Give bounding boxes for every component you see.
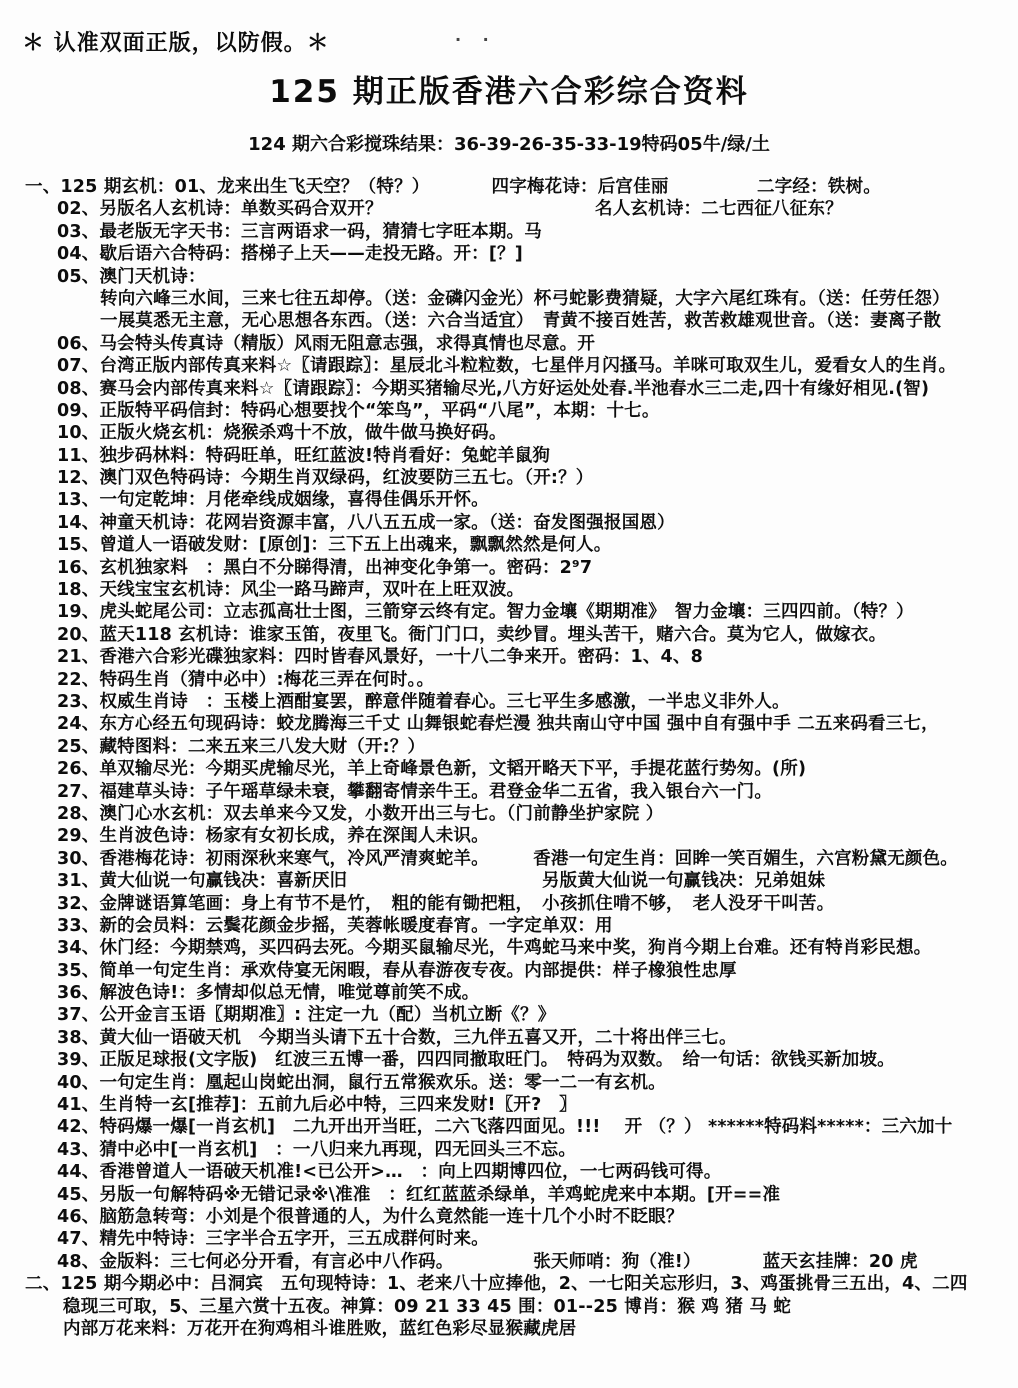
line-item-36: 36、解波色诗!：多情却似总无情，唯觉尊前笑不成。: [0, 982, 1018, 1004]
line-item-20: 20、蓝天118 玄机诗：谁家玉笛，夜里飞。衙门门口，卖纱冒。埋头苦干，赌六合。…: [0, 624, 1018, 646]
line-section2-cont-2: 内部万花来料：万花开在狗鸡相斗谁胜败，蓝红色彩尽显猴藏虎居: [0, 1318, 1018, 1340]
line-item-05: 05、澳门天机诗：: [0, 266, 1018, 288]
line-item-13: 13、一句定乾坤：月佬牵线成姻缘，喜得佳偶乐开怀。: [0, 489, 1018, 511]
line-item-10: 10、正版火烧玄机：烧猴杀鸡十不放，做牛做马换好码。: [0, 422, 1018, 444]
line-item-48: 48、金版料：三七何必分开看，有言必中八作码。 张天师哨：狗（准!） 蓝天玄挂牌…: [0, 1251, 1018, 1273]
line-item-29: 29、生肖波色诗：杨家有女初长成，养在深闺人未识。: [0, 825, 1018, 847]
line-item-26: 26、单双输尽光：今期买虎输尽光，羊上奇峰景色新，文韬开略天下平，手提花蓝行势匆…: [0, 758, 1018, 780]
line-item-35: 35、简单一句定生肖：承欢侍宴无闲暇，春从春游夜专夜。内部提供：样子橡狼性忠厚: [0, 960, 1018, 982]
line-item-06: 06、马会特头传真诗（精版）风雨无阻意志强，求得真情也尽意。开: [0, 333, 1018, 355]
line-item-31: 31、黄大仙说一句赢钱决：喜新厌旧 另版黄大仙说一句赢钱决：兄弟姐妹: [0, 870, 1018, 892]
line-item-27: 27、福建草头诗：子午瑶草绿未衰，攀翻寄情亲牛王。君登金华二五省，我入银台六一门…: [0, 781, 1018, 803]
previous-draw-result: 124 期六合彩搅珠结果：36-39-26-35-33-19特码05牛/绿/土: [0, 130, 1018, 156]
line-item-05-cont-1: 转向六峰三水间，三来七往五却停。（送：金磷闪金光）杯弓蛇影费猜疑，大字六尾红珠有…: [0, 288, 1018, 310]
lottery-info-sheet: ＊ 认准双面正版，以防假。＊ · · 125 期正版香港六合彩综合资料 124 …: [0, 0, 1018, 1388]
line-item-07: 07、台湾正版内部传真来料☆〖请跟踪〗：星辰北斗粒粒数，七星伴月闪搔马。羊咪可取…: [0, 355, 1018, 377]
line-item-32: 32、金牌谜语算笔画：身上有节不是竹， 粗的能有锄把粗， 小孩抓住啃不够， 老人…: [0, 893, 1018, 915]
line-item-46: 46、脑筋急转弯：小刘是个很普通的人，为什么竟然能一连十几个小时不眨眼？: [0, 1206, 1018, 1228]
line-item-12: 12、澳门双色特码诗：今期生肖双绿码，红波要防三五七。（开:？）: [0, 467, 1018, 489]
line-item-34: 34、休门经：今期禁鸡，买四码去死。今期买鼠输尽光，牛鸡蛇马来中奖，狗肖今期上台…: [0, 937, 1018, 959]
line-section1-item-01: 一、125 期玄机：01、龙来出生飞天空？（特？） 四字梅花诗：后宫佳丽 二字经…: [0, 176, 1018, 198]
line-item-16: 16、玄机独家料 ：黑白不分睇得清，出神变化争第一。密码：2⁹7: [0, 557, 1018, 579]
line-item-43: 43、猜中必中[一肖玄机] ：一八归来九再现，四无回头三不忘。: [0, 1139, 1018, 1161]
line-item-23: 23、权威生肖诗 ：玉楼上酒酣宴罢，醉意伴随着春心。三七平生多感激，一半忠义非外…: [0, 691, 1018, 713]
line-item-14: 14、神童天机诗：花网岩资源丰富，八八五五成一家。（送：奋发图强报国恩）: [0, 512, 1018, 534]
line-item-25: 25、藏特图料：二来五来三八发大财（开:？）: [0, 736, 1018, 758]
line-item-44: 44、香港曾道人一语破天机准!<已公开>… ：向上四期博四位，一七两码钱可得。: [0, 1161, 1018, 1183]
line-item-45: 45、另版一句解特码※无错记录※\准准 ：红红蓝蓝杀绿单，羊鸡蛇虎来中本期。[开…: [0, 1184, 1018, 1206]
line-item-05-cont-2: 一展莫悉无主意，无心思想各东西。（送：六合当适宜） 青黄不接百姓苦，救苦救雄观世…: [0, 310, 1018, 332]
line-item-03: 03、最老版无字天书：三言两语求一码，猜猜七字旺本期。马: [0, 221, 1018, 243]
line-item-37: 37、公开金言玉语〖期期准〗: 注定一九（配）当机立断《？》: [0, 1004, 1018, 1026]
line-section2-cont-1: 稳现三可取，5、三星六赏十五夜。神算：09 21 33 45 围：01--25 …: [0, 1296, 1018, 1318]
line-item-15: 15、曾道人一语破发财：[原创]：三下五上出魂来，飘飘然然是何人。: [0, 534, 1018, 556]
line-item-19: 19、虎头蛇尾公司：立志孤高壮士图，三箭穿云终有定。智力金壤《期期准》 智力金壤…: [0, 601, 1018, 623]
content-lines: 一、125 期玄机：01、龙来出生飞天空？（特？） 四字梅花诗：后宫佳丽 二字经…: [0, 176, 1018, 1340]
line-item-30: 30、香港梅花诗：初雨深秋来寒气，冷风严清爽蛇羊。 香港一句定生肖：回眸一笑百媚…: [0, 848, 1018, 870]
line-item-21: 21、香港六合彩光碟独家料：四时皆春风景好，一十八二争来开。密码：1、4、8: [0, 646, 1018, 668]
line-section2: 二、125 期今期必中：吕洞宾 五句现特诗：1、老来八十应捧他，2、一七阳关忘形…: [0, 1273, 1018, 1295]
anti-fake-notice: ＊ 认准双面正版，以防假。＊: [22, 26, 330, 57]
line-item-22: 22、特码生肖（猜中必中）:梅花三弄在何时。。: [0, 669, 1018, 691]
line-item-42: 42、特码爆一爆[一肖玄机] 二九开出开当旺，二六飞落四面见。!!! 开 （？）…: [0, 1116, 1018, 1138]
line-item-11: 11、独步码林料：特码旺单，旺红蓝波!特肖看好：兔蛇羊鼠狗: [0, 445, 1018, 467]
line-item-08: 08、赛马会内部传真来料☆〖请跟踪〗：今期买猪输尽光,八方好运处处春.半池春水三…: [0, 378, 1018, 400]
scan-dots: · ·: [455, 30, 497, 49]
line-item-38: 38、黄大仙一语破天机 今期当头请下五十合数，三九伴五喜又开，二十将出伴三七。: [0, 1027, 1018, 1049]
line-item-02: 02、另版名人玄机诗：单数买码合双开？ 名人玄机诗：二七西征八征东？: [0, 198, 1018, 220]
line-item-39: 39、正版足球报(文字版) 红波三五博一番，四四同撤取旺门。 特码为双数。 给一…: [0, 1049, 1018, 1071]
line-item-24: 24、东方心经五句现码诗：蛟龙腾海三千丈 山舞银蛇春烂漫 独共南山守中国 强中自…: [0, 713, 1018, 735]
line-item-28: 28、澳门心水玄机：双去单来今又发，小数开出三与七。（门前静坐护家院 ）: [0, 803, 1018, 825]
line-item-47: 47、精先中特诗：三字半合五字开，三五成群何时来。: [0, 1228, 1018, 1250]
line-item-18: 18、天线宝宝玄机诗：风尘一路马蹄声，双叶在上旺双波。: [0, 579, 1018, 601]
line-item-33: 33、新的会员料：云鬓花颜金步摇，芙蓉帐暖度春宵。一字定单双：用: [0, 915, 1018, 937]
line-item-41: 41、生肖特一玄[推荐]：五前九后必中特，三四来发财!〖开? 〗: [0, 1094, 1018, 1116]
line-item-04: 04、歇后语六合特码：搭梯子上天——走投无路。开：[？]: [0, 243, 1018, 265]
page-title: 125 期正版香港六合彩综合资料: [0, 66, 1018, 111]
line-item-09: 09、正版特平码信封：特码心想要找个“笨鸟”，平码“八尾”，本期：十七。: [0, 400, 1018, 422]
line-item-40: 40、一句定生肖：凰起山岗蛇出洞，鼠行五常猴欢乐。送：零一二一有玄机。: [0, 1072, 1018, 1094]
